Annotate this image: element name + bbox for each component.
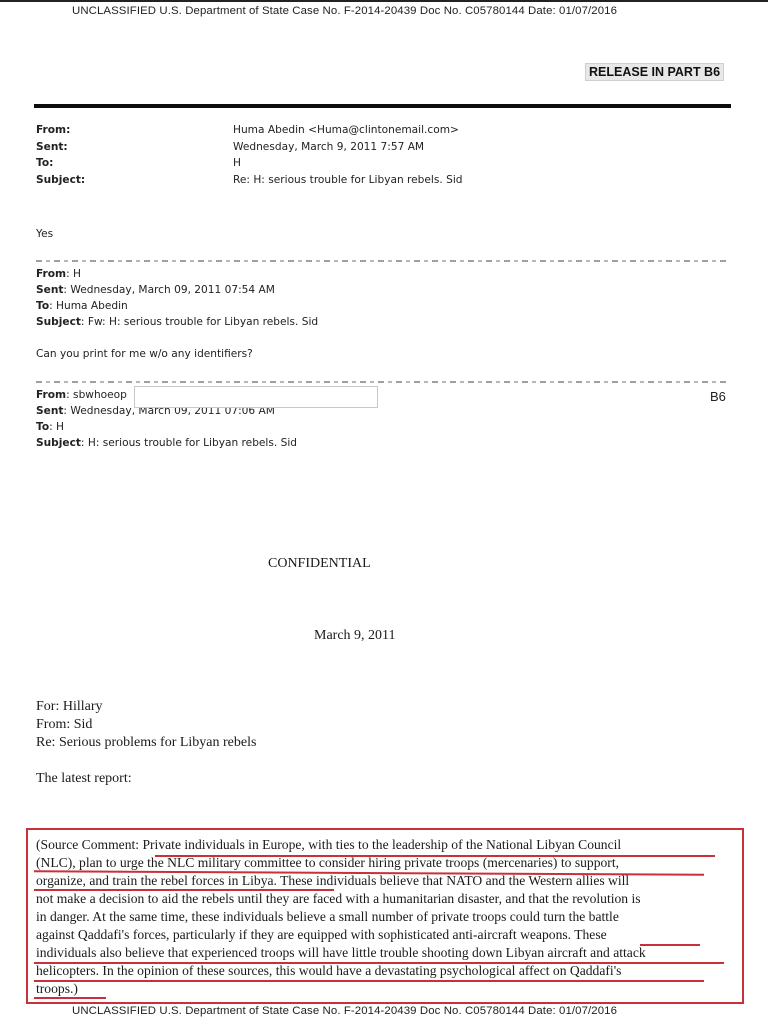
fwd2-from-label: From bbox=[36, 389, 66, 401]
memo-classification: CONFIDENTIAL bbox=[268, 556, 371, 572]
memo-header: For: Hillary From: Sid Re: Serious probl… bbox=[36, 698, 256, 752]
memo-intro: The latest report: bbox=[36, 771, 132, 787]
underline bbox=[34, 889, 334, 891]
source-line: helicopters. In the opinion of these sou… bbox=[36, 962, 736, 980]
classification-stamp-top: UNCLASSIFIED U.S. Department of State Ca… bbox=[72, 5, 617, 17]
source-line: in danger. At the same time, these indiv… bbox=[36, 908, 736, 926]
release-label: RELEASE IN PART B6 bbox=[585, 63, 724, 81]
underline bbox=[155, 855, 715, 857]
fwd2-subject: : H: serious trouble for Libyan rebels. … bbox=[81, 437, 297, 449]
fwd1-subject-label: Subject bbox=[36, 316, 81, 328]
from-value: Huma Abedin <Huma@clintonemail.com> bbox=[233, 122, 463, 139]
redaction-box bbox=[134, 386, 378, 408]
forward-1-body: Can you print for me w/o any identifiers… bbox=[36, 346, 253, 362]
fwd2-sent-label: Sent bbox=[36, 405, 63, 417]
forward-header-1: From: H Sent: Wednesday, March 09, 2011 … bbox=[36, 266, 318, 330]
source-line: not make a decision to aid the rebels un… bbox=[36, 890, 736, 908]
email-header-labels: From: Sent: To: Subject: bbox=[36, 122, 85, 188]
source-line: (Source Comment: Private individuals in … bbox=[36, 836, 736, 854]
separator-1 bbox=[36, 260, 726, 262]
to-label: To: bbox=[36, 155, 85, 172]
source-line: troops.) bbox=[36, 980, 736, 998]
memo-for: For: Hillary bbox=[36, 698, 256, 716]
top-border bbox=[0, 0, 768, 2]
fwd2-subject-label: Subject bbox=[36, 437, 81, 449]
subject-value: Re: H: serious trouble for Libyan rebels… bbox=[233, 172, 463, 189]
separator-2 bbox=[36, 381, 726, 383]
fwd1-to-label: To bbox=[36, 300, 49, 312]
memo-re: Re: Serious problems for Libyan rebels bbox=[36, 734, 256, 752]
source-line: against Qaddafi's forces, particularly i… bbox=[36, 926, 736, 944]
memo-from: From: Sid bbox=[36, 716, 256, 734]
redaction-code: B6 bbox=[710, 389, 726, 404]
underline bbox=[34, 980, 704, 982]
underline bbox=[34, 997, 106, 999]
classification-stamp-bottom: UNCLASSIFIED U.S. Department of State Ca… bbox=[72, 1005, 617, 1017]
fwd1-subject: : Fw: H: serious trouble for Libyan rebe… bbox=[81, 316, 318, 328]
fwd1-from-label: From bbox=[36, 268, 66, 280]
fwd2-from: : sbwhoeop bbox=[66, 389, 127, 401]
fwd2-to: : H bbox=[49, 421, 64, 433]
header-rule bbox=[34, 104, 731, 108]
to-value: H bbox=[233, 155, 463, 172]
memo-date: March 9, 2011 bbox=[314, 628, 396, 644]
source-line: individuals also believe that experience… bbox=[36, 944, 736, 962]
fwd1-sent: : Wednesday, March 09, 2011 07:54 AM bbox=[63, 284, 275, 296]
sent-label: Sent: bbox=[36, 139, 85, 156]
email-header-values: Huma Abedin <Huma@clintonemail.com> Wedn… bbox=[233, 122, 463, 188]
fwd1-to: : Huma Abedin bbox=[49, 300, 128, 312]
fwd1-from: : H bbox=[66, 268, 81, 280]
underline bbox=[640, 944, 700, 946]
subject-label: Subject: bbox=[36, 172, 85, 189]
sent-value: Wednesday, March 9, 2011 7:57 AM bbox=[233, 139, 463, 156]
reply-body: Yes bbox=[36, 228, 53, 240]
source-comment: (Source Comment: Private individuals in … bbox=[36, 836, 736, 998]
fwd1-sent-label: Sent bbox=[36, 284, 63, 296]
from-label: From: bbox=[36, 122, 85, 139]
fwd2-to-label: To bbox=[36, 421, 49, 433]
underline bbox=[34, 962, 724, 964]
